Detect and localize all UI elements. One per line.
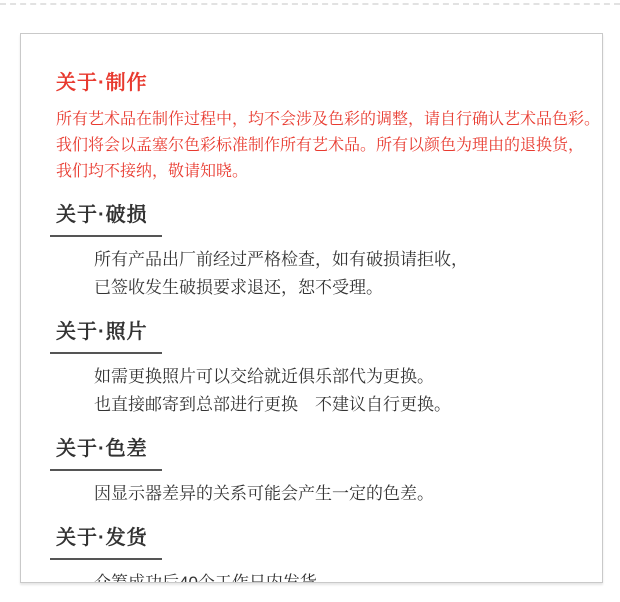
notice-line: 众筹成功后40个工作日内发货。 [94,569,576,583]
notice-line: 如需更换照片可以交给就近俱乐部代为更换。 [94,363,576,391]
dashed-divider [0,3,620,5]
notice-line: 我们均不接纳，敬请知晓。 [56,159,576,185]
section-title-text: 关于·制作 [56,72,148,94]
notice-line: 已签收发生破损要求退还，恕不受理。 [94,274,576,302]
section-title: 关于·破损 [56,202,576,237]
section-title: 关于·发货 [56,525,576,560]
section-body: 因显示器差异的关系可能会产生一定的色差。 [94,480,576,508]
section-body: 如需更换照片可以交给就近俱乐部代为更换。也直接邮寄到总部进行更换 不建议自行更换… [94,363,576,419]
section-body: 所有艺术品在制作过程中，均不会涉及色彩的调整，请自行确认艺术品色彩。我们将会以孟… [56,107,576,185]
notice-line: 所有艺术品在制作过程中，均不会涉及色彩的调整，请自行确认艺术品色彩。 [56,107,576,133]
section-body: 众筹成功后40个工作日内发货。 [94,569,576,583]
notice-section: 关于·制作 所有艺术品在制作过程中，均不会涉及色彩的调整，请自行确认艺术品色彩。… [56,70,576,185]
section-title-text: 关于·照片 [50,319,162,354]
notice-section: 关于·色差 因显示器差异的关系可能会产生一定的色差。 [56,436,576,508]
notice-card: 关于·制作 所有艺术品在制作过程中，均不会涉及色彩的调整，请自行确认艺术品色彩。… [20,33,603,583]
section-body: 所有产品出厂前经过严格检查，如有破损请拒收，已签收发生破损要求退还，恕不受理。 [94,246,576,302]
section-title: 关于·制作 [56,70,576,96]
section-title-text: 关于·破损 [50,202,162,237]
notice-section: 关于·照片 如需更换照片可以交给就近俱乐部代为更换。也直接邮寄到总部进行更换 不… [56,319,576,419]
notice-line: 所有产品出厂前经过严格检查，如有破损请拒收， [94,246,576,274]
page: 关于·制作 所有艺术品在制作过程中，均不会涉及色彩的调整，请自行确认艺术品色彩。… [0,0,620,602]
section-title: 关于·色差 [56,436,576,471]
notice-line: 因显示器差异的关系可能会产生一定的色差。 [94,480,576,508]
notice-section: 关于·破损 所有产品出厂前经过严格检查，如有破损请拒收，已签收发生破损要求退还，… [56,202,576,302]
section-title-text: 关于·发货 [50,525,162,560]
notice-line: 也直接邮寄到总部进行更换 不建议自行更换。 [94,391,576,419]
section-title: 关于·照片 [56,319,576,354]
notice-section: 关于·发货 众筹成功后40个工作日内发货。 [56,525,576,583]
section-title-text: 关于·色差 [50,436,162,471]
notice-line: 我们将会以孟塞尔色彩标准制作所有艺术品。所有以颜色为理由的退换货， [56,133,576,159]
